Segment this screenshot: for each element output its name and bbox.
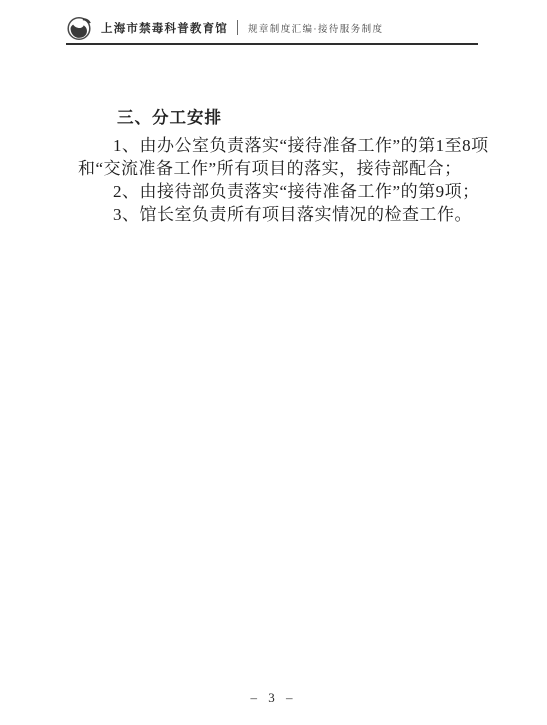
header-divider (237, 20, 238, 35)
page-footer: – 3 – (0, 689, 547, 707)
museum-logo-icon (66, 15, 93, 42)
text-line: 和“交流准备工作”所有项目的落实，接待部配合； (78, 157, 471, 180)
document-title: 规章制度汇编·接待服务制度 (248, 21, 383, 35)
page-number: – 3 – (251, 690, 297, 705)
text-line: 3、馆长室负责所有项目落实情况的检查工作。 (78, 203, 471, 226)
header-row: 上海市禁毒科普教育馆 规章制度汇编·接待服务制度 (66, 14, 478, 41)
museum-name: 上海市禁毒科普教育馆 (101, 20, 228, 36)
text-line: 1、由办公室负责落实“接待准备工作”的第1至8项 (78, 134, 471, 157)
text-line: 2、由接待部负责落实“接待准备工作”的第9项； (78, 180, 471, 203)
page-header: 上海市禁毒科普教育馆 规章制度汇编·接待服务制度 (66, 14, 478, 45)
page-body: 三、分工安排 1、由办公室负责落实“接待准备工作”的第1至8项 和“交流准备工作… (78, 107, 471, 226)
section-heading: 三、分工安排 (78, 107, 471, 130)
document-page: 上海市禁毒科普教育馆 规章制度汇编·接待服务制度 三、分工安排 1、由办公室负责… (0, 0, 547, 725)
